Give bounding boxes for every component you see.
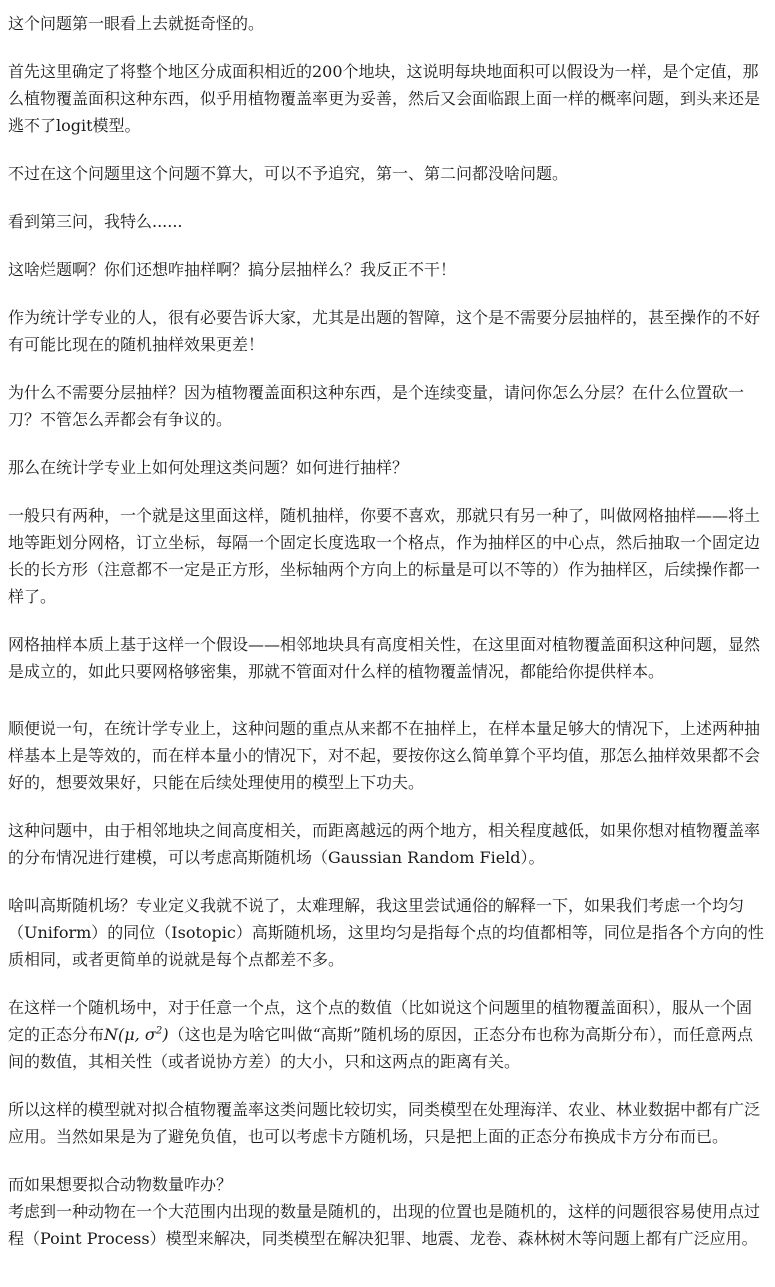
paragraph-4: 看到第三问，我特么......	[8, 208, 767, 235]
paragraph-13: 啥叫高斯随机场？专业定义我就不说了，太难理解，我这里尝试通俗的解释一下，如果我们…	[8, 892, 767, 973]
text-run: 这个问题第一眼看上去就挺奇怪的。	[8, 14, 264, 33]
text-run: 考虑到一种动物在一个大范围内出现的数量是随机的，出现的位置也是随机的，这样的问题…	[8, 1202, 760, 1248]
text-run: 作为统计学专业的人，很有必要告诉大家，尤其是出题的智障，这个是不需要分层抽样的，…	[8, 308, 760, 354]
paragraph-3: 不过在这个问题里这个问题不算大，可以不予追究，第一、第二问都没啥问题。	[8, 160, 767, 187]
paragraph-2: 首先这里确定了将整个地区分成面积相近的200个地块，这说明每块地面积可以假设为一…	[8, 58, 767, 139]
text-run: 这啥烂题啊？你们还想咋抽样啊？搞分层抽样么？我反正不干！	[8, 260, 456, 279]
paragraph-6: 作为统计学专业的人，很有必要告诉大家，尤其是出题的智障，这个是不需要分层抽样的，…	[8, 304, 767, 358]
paragraph-14: 在这样一个随机场中，对于任意一个点，这个点的数值（比如说这个问题里的植物覆盖面积…	[8, 994, 767, 1075]
math-formula: N(μ, σ	[104, 1025, 156, 1044]
text-run: 看到第三问，我特么......	[8, 212, 183, 231]
text-run: 顺便说一句，在统计学专业上，这种问题的重点从来都不在抽样上，在样本量足够大的情况…	[8, 719, 760, 792]
text-run: 那么在统计学专业上如何处理这类问题？如何进行抽样？	[8, 458, 408, 477]
text-run: 这种问题中，由于相邻地块之间高度相关，而距离越远的两个地方，相关程度越低，如果你…	[8, 821, 760, 867]
text-run: 为什么不需要分层抽样？因为植物覆盖面积这种东西，是个连续变量，请问你怎么分层？在…	[8, 383, 744, 429]
text-run: 所以这样的模型就对拟合植物覆盖率这类问题比较切实，同类模型在处理海洋、农业、林业…	[8, 1100, 760, 1146]
paragraph-15: 所以这样的模型就对拟合植物覆盖率这类问题比较切实，同类模型在处理海洋、农业、林业…	[8, 1096, 767, 1150]
paragraph-5: 这啥烂题啊？你们还想咋抽样啊？搞分层抽样么？我反正不干！	[8, 256, 767, 283]
paragraph-9: 一般只有两种，一个就是这里面这样，随机抽样，你要不喜欢，那就只有另一种了，叫做网…	[8, 502, 767, 610]
paragraph-7: 为什么不需要分层抽样？因为植物覆盖面积这种东西，是个连续变量，请问你怎么分层？在…	[8, 379, 767, 433]
text-run: 啥叫高斯随机场？专业定义我就不说了，太难理解，我这里尝试通俗的解释一下，如果我们…	[8, 896, 764, 969]
text-run: 不过在这个问题里这个问题不算大，可以不予追究，第一、第二问都没啥问题。	[8, 164, 568, 183]
article-body: 这个问题第一眼看上去就挺奇怪的。首先这里确定了将整个地区分成面积相近的200个地…	[8, 10, 767, 1252]
text-run: 首先这里确定了将整个地区分成面积相近的200个地块，这说明每块地面积可以假设为一…	[8, 62, 760, 135]
text-run: 而如果想要拟合动物数量咋办？	[8, 1175, 232, 1194]
text-run: 一般只有两种，一个就是这里面这样，随机抽样，你要不喜欢，那就只有另一种了，叫做网…	[8, 506, 760, 606]
paragraph-10: 网格抽样本质上基于这样一个假设——相邻地块具有高度相关性，在这里面对植物覆盖面积…	[8, 631, 767, 685]
text-run: 网格抽样本质上基于这样一个假设——相邻地块具有高度相关性，在这里面对植物覆盖面积…	[8, 635, 760, 681]
paragraph-1: 这个问题第一眼看上去就挺奇怪的。	[8, 10, 767, 37]
paragraph-11: 顺便说一句，在统计学专业上，这种问题的重点从来都不在抽样上，在样本量足够大的情况…	[8, 715, 767, 796]
paragraph-12: 这种问题中，由于相邻地块之间高度相关，而距离越远的两个地方，相关程度越低，如果你…	[8, 817, 767, 871]
paragraph-8: 那么在统计学专业上如何处理这类问题？如何进行抽样？	[8, 454, 767, 481]
paragraph-16: 而如果想要拟合动物数量咋办？考虑到一种动物在一个大范围内出现的数量是随机的，出现…	[8, 1171, 767, 1252]
